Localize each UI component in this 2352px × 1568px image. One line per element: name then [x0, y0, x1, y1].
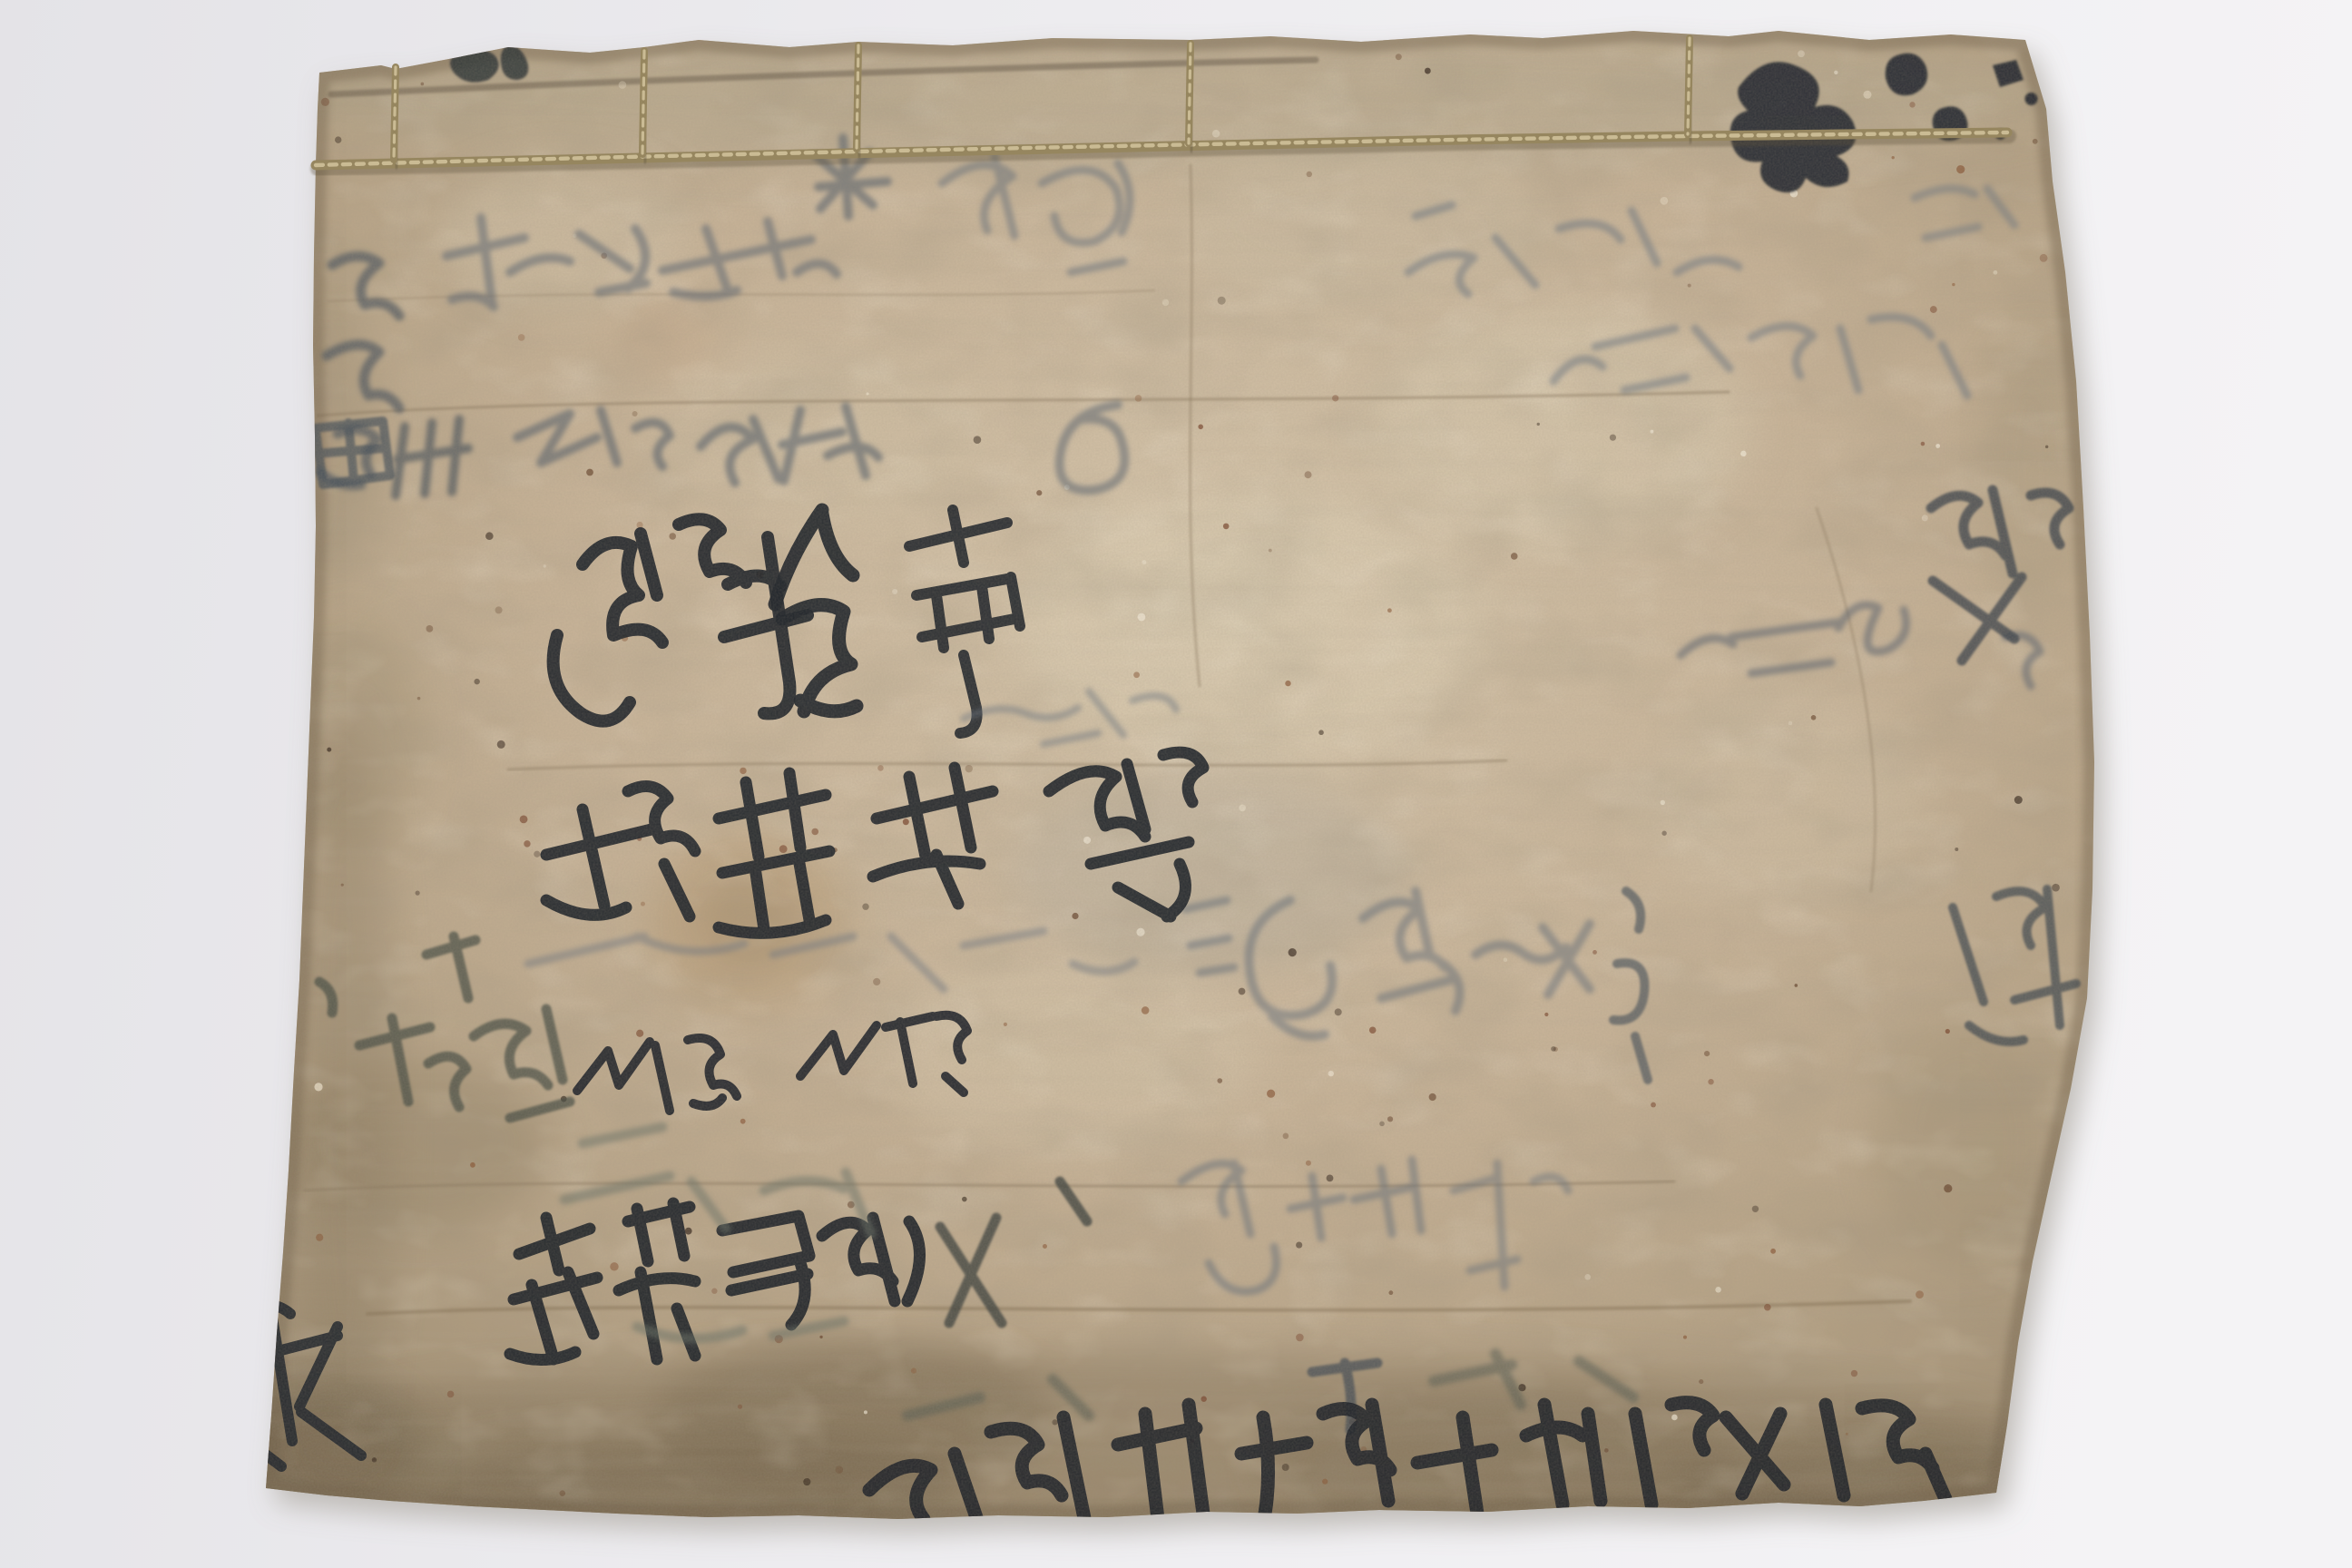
paper-surface: [209, 18, 2105, 1552]
photograph-old-book-cover: [0, 0, 2352, 1568]
photo-canvas: [0, 0, 2352, 1568]
binding-stitch-vertical-twist-highlight: [1688, 38, 1690, 134]
paper-fine-grain: [263, 27, 2105, 1524]
